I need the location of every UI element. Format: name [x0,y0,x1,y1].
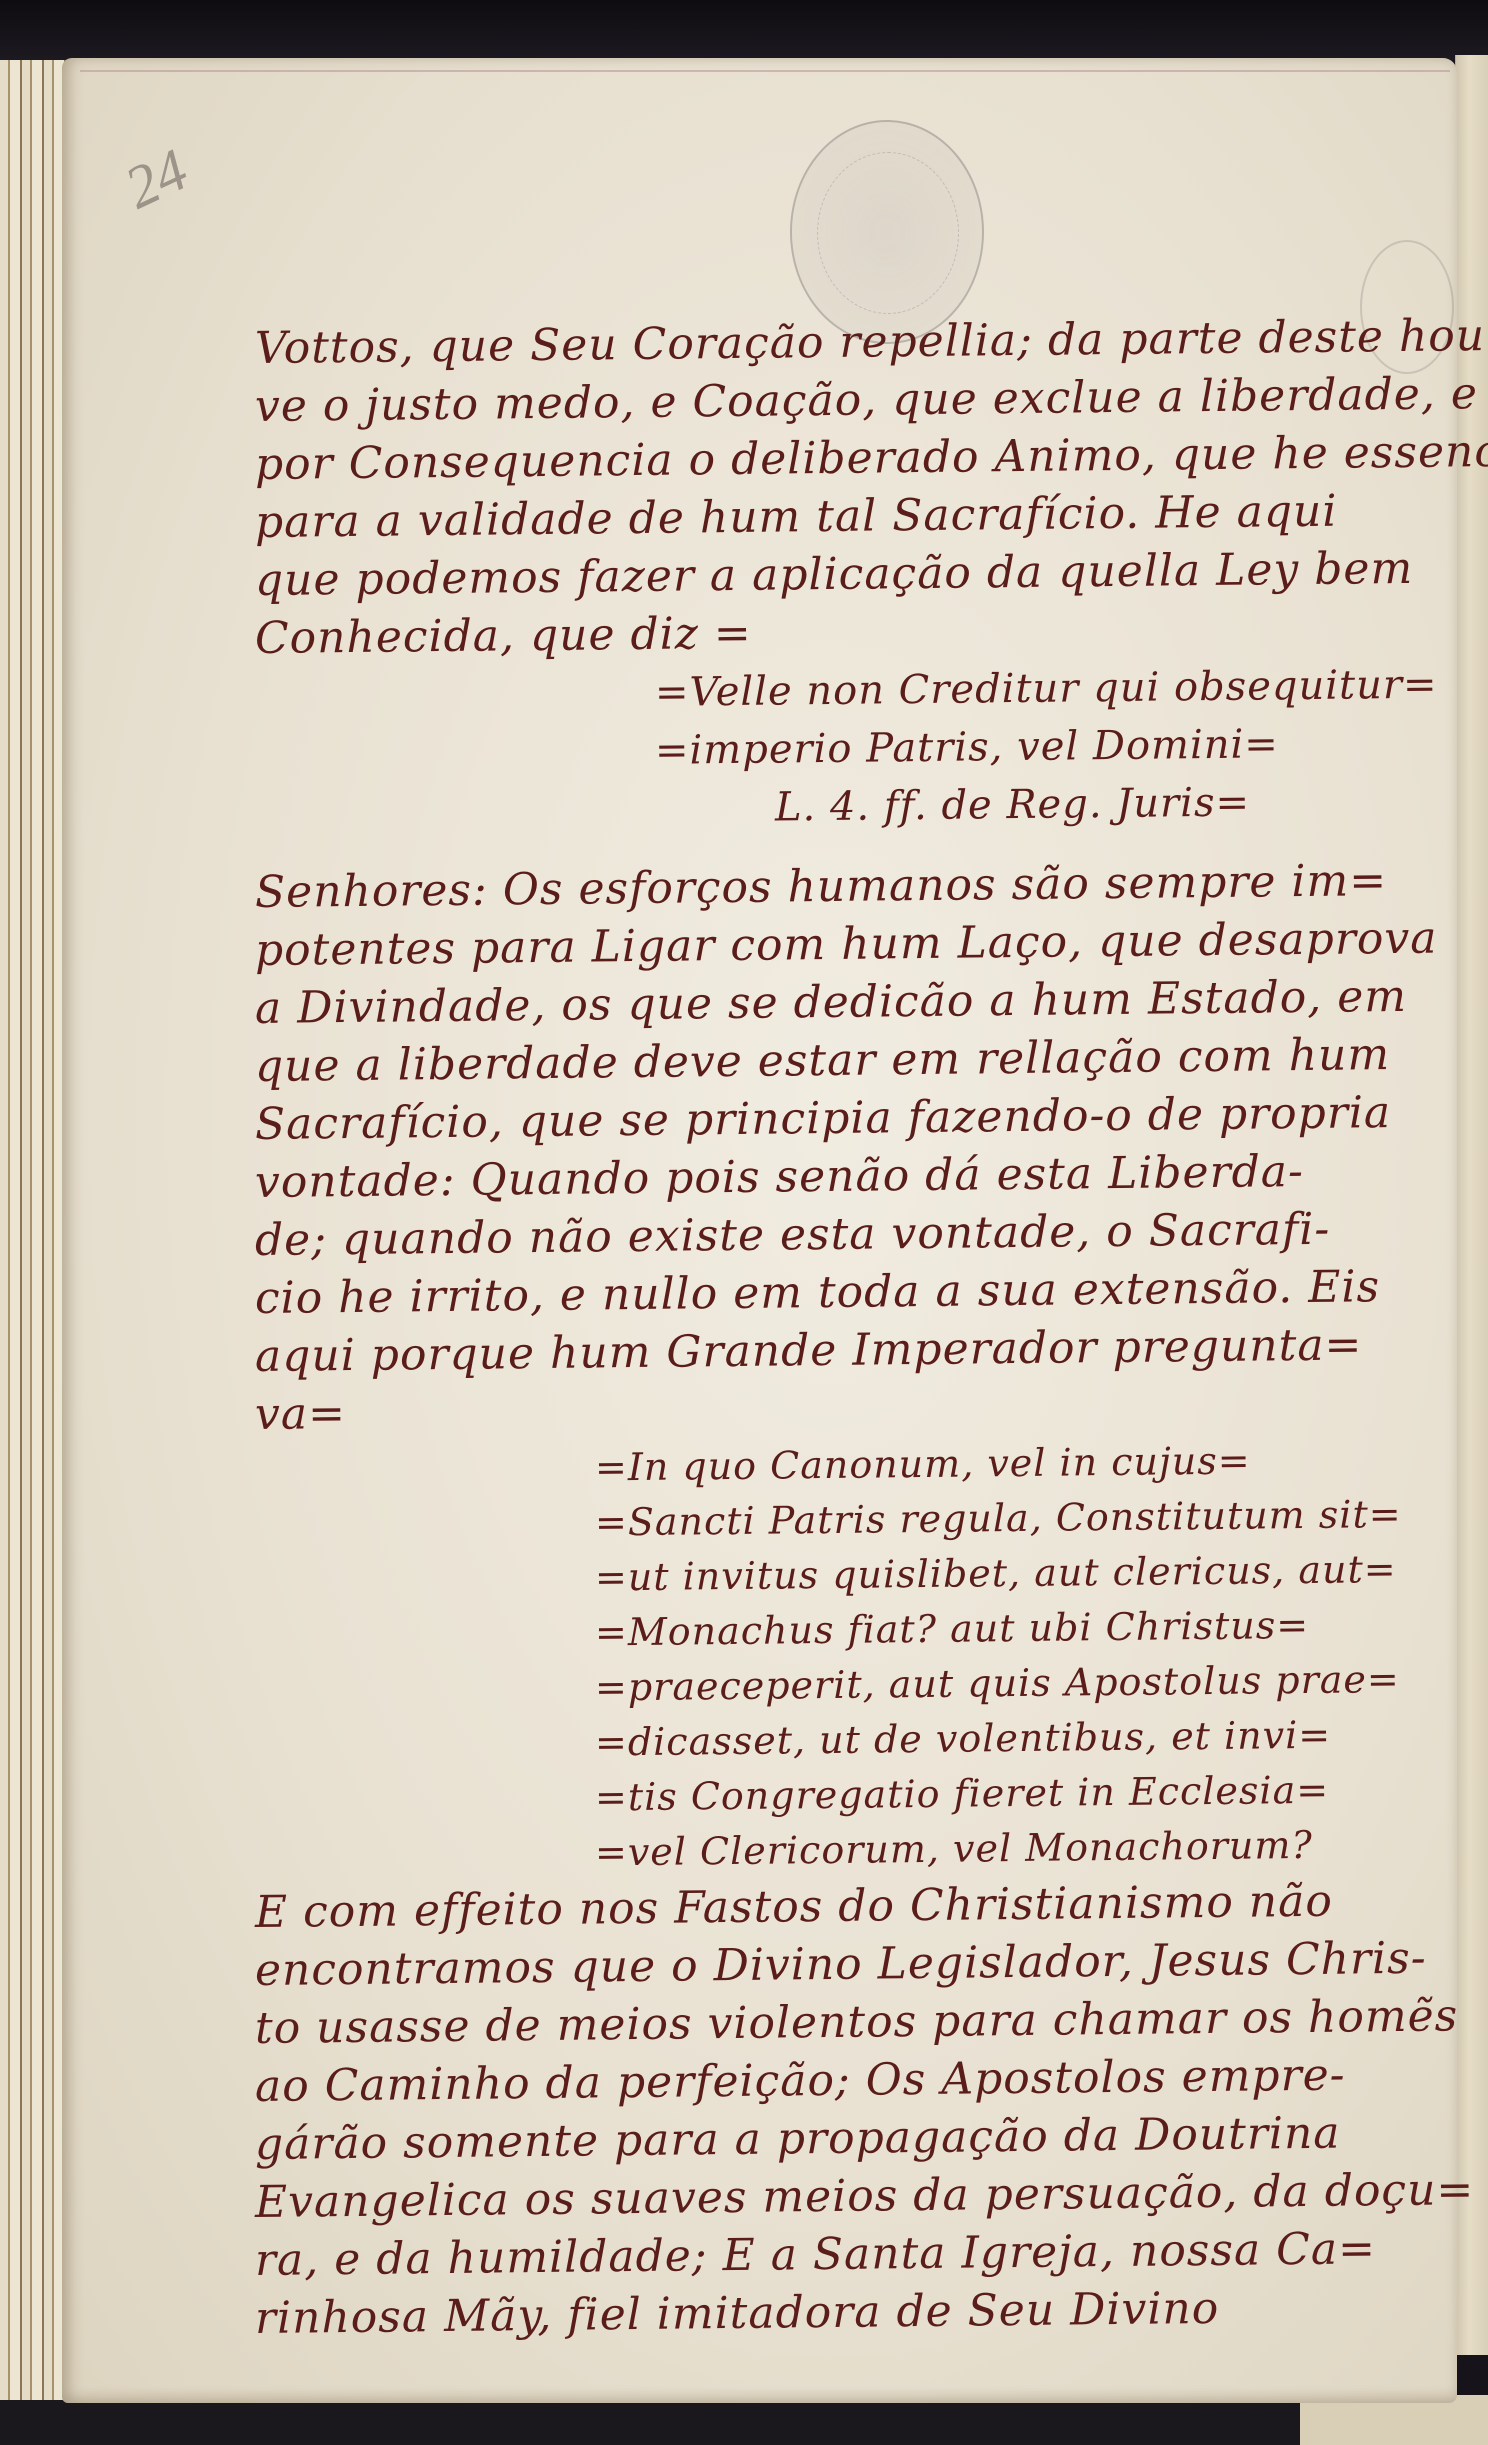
seal-inner-ring [817,152,959,314]
paragraph-e-com-effeito: E com effeito nos Fastos do Christianism… [255,1884,1445,2348]
quote-citation: L. 4. ff. de Reg. Juris= [255,772,1446,842]
dark-background-top [0,0,1488,60]
text-line: rinhosa Mãy, fiel imitadora de Seu Divin… [255,2278,1446,2348]
paragraph-senhores: Senhores: Os esforços humanos são sempre… [255,864,1445,1444]
paragraph-1: Vottos, que Seu Coração repellia; da par… [255,320,1445,668]
page-top-edge-line [80,70,1450,72]
dark-background-bottom [0,2400,1300,2445]
latin-quotation-2: =In quo Canonum, vel in cujus= =Sancti P… [255,1444,1445,1884]
latin-quotation-1: =Velle non Creditur qui obsequitur= =imp… [255,668,1445,842]
book-page-edges-left [0,60,70,2400]
manuscript-text: Vottos, que Seu Coração repellia; da par… [255,320,1445,2348]
oval-seal-stamp [790,120,984,344]
